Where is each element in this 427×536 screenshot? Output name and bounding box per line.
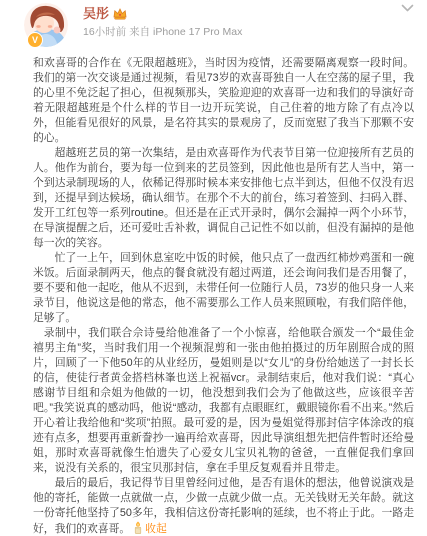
verified-v-badge: V — [27, 32, 43, 48]
post-source: 来自 iPhone 17 Pro Max — [129, 26, 242, 38]
post-header: V 吴彤 16小时前 来自 iPhone 17 Pro Max — [24, 3, 397, 47]
post-paragraph: 和欢喜哥的合作在《无限超越班》，当时因为疫情，还需要隔离观察一段时间。我们的第一… — [33, 56, 414, 146]
user-name[interactable]: 吴彤 — [83, 7, 109, 21]
post-paragraph: 忙了一上午，回到休息室吃中饭的时候，他只点了一盘西红柿炒鸡蛋和一碗米饭。后面录制… — [33, 251, 414, 326]
weibo-post-page: V 吴彤 16小时前 来自 iPhone 17 Pro Max 和欢喜哥的合作在… — [0, 0, 427, 536]
post-paragraph-text: 最后的最后，我记得节目里曾经问过他，是否有退休的想法，他曾说演戏是他的寄托，能做… — [33, 477, 414, 535]
vip-crown-icon — [113, 8, 127, 20]
candle-icon — [133, 521, 143, 534]
user-id-block: 吴彤 16小时前 来自 iPhone 17 Pro Max — [83, 3, 242, 47]
post-content: 和欢喜哥的合作在《无限超越班》，当时因为疫情，还需要隔离观察一段时间。我们的第一… — [33, 56, 414, 536]
post-time: 16小时前 — [83, 26, 126, 38]
collapse-link[interactable]: 收起 — [145, 523, 167, 535]
chevron-down-icon[interactable] — [401, 4, 414, 13]
post-paragraph-last: 最后的最后，我记得节目里曾经问过他，是否有退休的想法，他曾说演戏是他的寄托，能做… — [33, 476, 414, 536]
post-paragraph: 超越班艺员的第一次集结，是由欢喜哥作为代表节目第一位迎接所有艺员的人。他作为前台… — [33, 146, 414, 251]
post-meta: 16小时前 来自 iPhone 17 Pro Max — [83, 26, 242, 38]
post-paragraph: 录制中，我们联合佘诗曼给他准备了一个小惊喜，给他联合颁发一个“最佳金禧男主角”奖… — [33, 326, 414, 476]
verified-letter: V — [32, 35, 38, 45]
avatar[interactable]: V — [24, 3, 68, 47]
